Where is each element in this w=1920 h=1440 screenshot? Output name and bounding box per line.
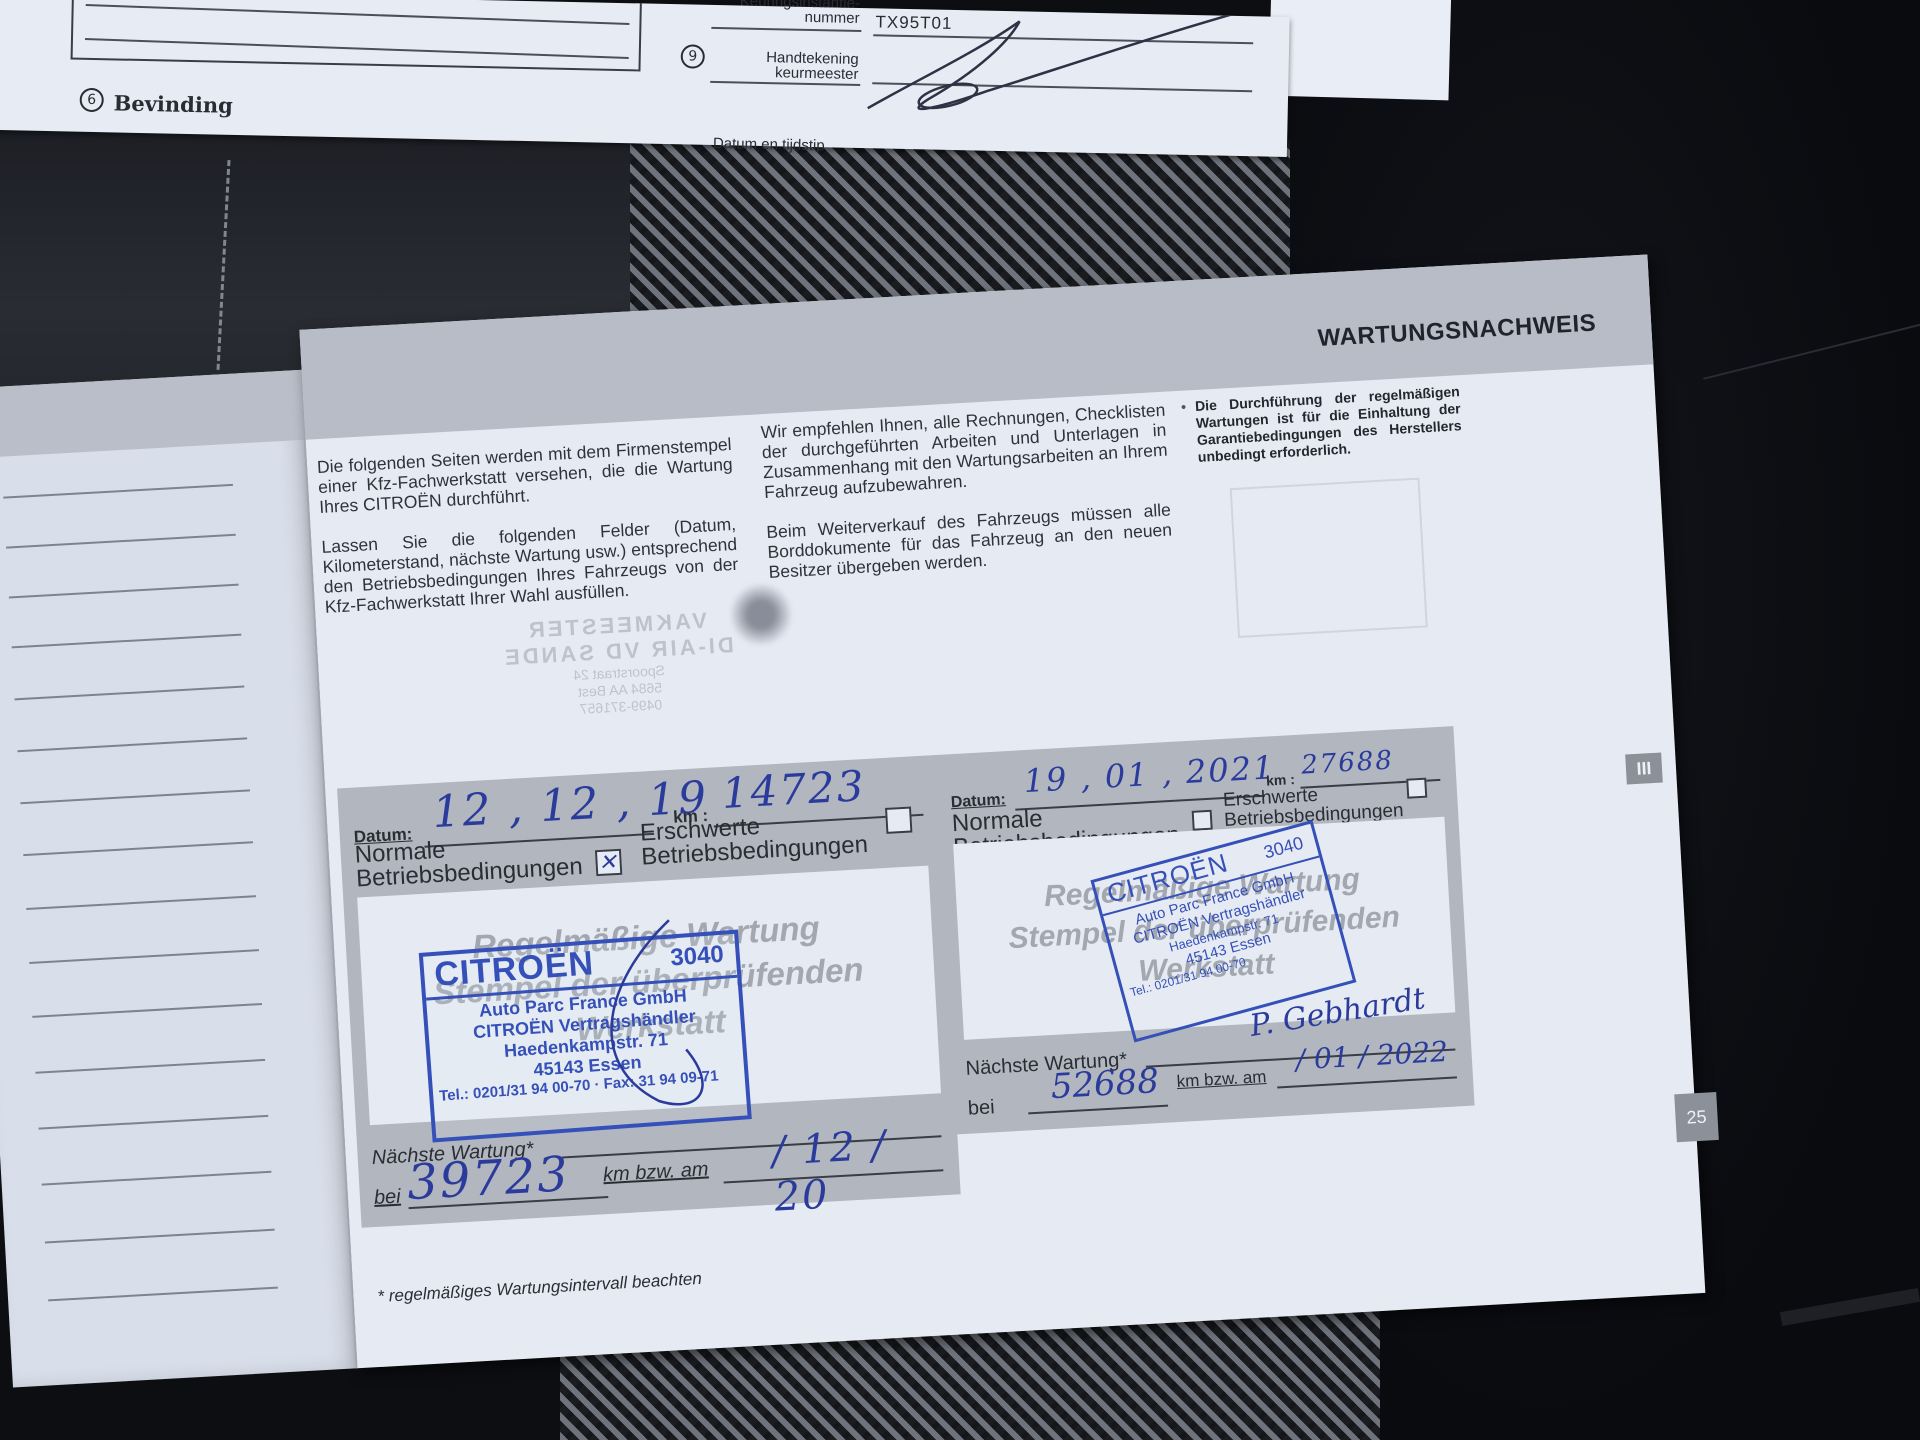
faint-stamp-outline bbox=[1230, 478, 1428, 638]
ink-smudge bbox=[724, 573, 798, 657]
intro-paragraph: Die folgenden Seiten werden mit dem Firm… bbox=[317, 434, 735, 517]
stamp-signature-stroke bbox=[559, 906, 750, 1126]
booklet-left-page bbox=[0, 370, 357, 1388]
footnote: * regelmäßiges Wartungsintervall beachte… bbox=[377, 1269, 702, 1307]
dutch-inspection-form: 6 Bevinding Keuringsinstantie- nummer TX… bbox=[0, 0, 1290, 157]
service-booklet: WARTUNGSNACHWEIS Die folgenden Seiten we… bbox=[0, 254, 1711, 1405]
next-service-date-value[interactable]: / 12 / 20 bbox=[771, 1119, 948, 1220]
severe-conditions-checkbox[interactable] bbox=[885, 806, 912, 833]
keuringsinstantie-label: Keuringsinstantie- nummer bbox=[699, 0, 860, 26]
bei-label: bei bbox=[967, 1096, 995, 1120]
service-record-2: Datum: 19 , 01 , 2021 km : 27688 Normale… bbox=[934, 726, 1474, 1134]
intro-column-2: Wir empfehlen Ihnen, alle Rechnungen, Ch… bbox=[760, 400, 1174, 602]
normal-conditions-label: Normale Betriebsbedingungen bbox=[354, 831, 583, 892]
next-service-date-value[interactable]: / 01 / 2022 bbox=[1295, 1035, 1449, 1076]
intro-paragraph: Lassen Sie die folgenden Felder (Datum, … bbox=[321, 514, 740, 617]
next-service-km-value[interactable]: 52688 bbox=[1050, 1061, 1160, 1107]
mileage-value[interactable]: 27688 bbox=[1300, 745, 1394, 780]
warranty-note: Die Durchführung der regelmäßigen Wartun… bbox=[1195, 383, 1463, 466]
km-bzw-am-label: km bzw. am bbox=[602, 1158, 709, 1187]
km-bzw-am-label: km bzw. am bbox=[1176, 1067, 1267, 1092]
item-number-6: 6 bbox=[79, 88, 103, 112]
bevinding-label: Bevinding bbox=[113, 90, 233, 117]
normal-conditions-checkbox[interactable] bbox=[1192, 810, 1213, 831]
intro-paragraph: Beim Weiterverkauf des Fahrzeugs müssen … bbox=[766, 500, 1174, 583]
datum-tijdstip-label: Datum en tijdstip bbox=[713, 135, 825, 154]
service-record-1: Datum: 12 , 12 , 19 km : 14723 Normale B… bbox=[337, 755, 961, 1228]
intro-column-1: Die folgenden Seiten werden mit dem Firm… bbox=[317, 434, 741, 637]
severe-conditions-label: Erschwerte Betriebsbedingungen bbox=[639, 809, 868, 870]
severe-conditions-checkbox[interactable] bbox=[1406, 778, 1427, 799]
section-tab: III bbox=[1625, 753, 1663, 785]
booklet-right-page: WARTUNGSNACHWEIS Die folgenden Seiten we… bbox=[299, 255, 1705, 1369]
handtekening-label: Handtekening keurmeester bbox=[698, 49, 859, 82]
checkmark-x: ✕ bbox=[598, 850, 620, 876]
stamp-area: Regelmäßige Wartung Stempel der überprüf… bbox=[357, 866, 941, 1126]
bei-label: bei bbox=[373, 1186, 401, 1210]
normal-conditions-checkbox[interactable]: ✕ bbox=[595, 849, 622, 876]
inspector-signature bbox=[858, 8, 1280, 127]
findings-box bbox=[71, 0, 642, 71]
dutch-form-back-sheet bbox=[1268, 0, 1451, 100]
intro-paragraph: Wir empfehlen Ihnen, alle Rechnungen, Ch… bbox=[760, 400, 1169, 502]
page-number: 25 bbox=[1674, 1092, 1719, 1142]
